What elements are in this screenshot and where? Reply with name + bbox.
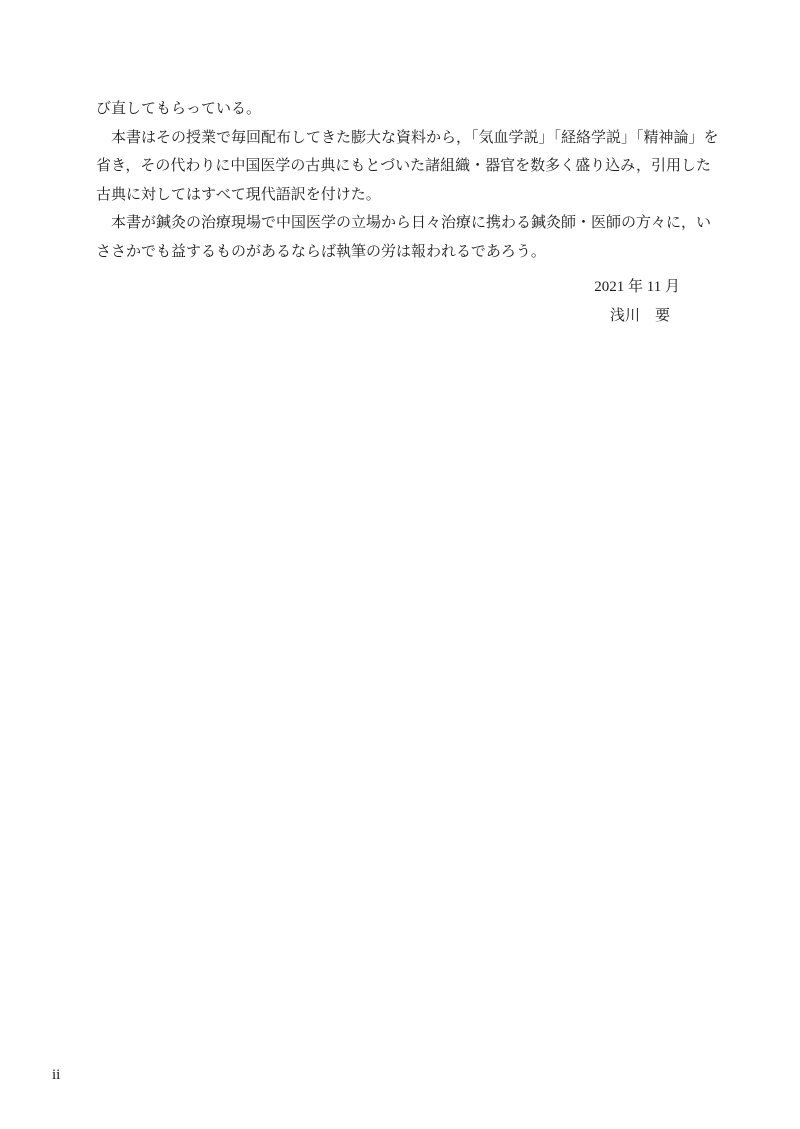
signoff-author: 浅川 要 [96,302,680,331]
page-number: ii [52,1066,60,1084]
body-line: ささかでも益するものがあるならば執筆の労は報われるであろう。 [96,238,712,267]
body-line: 本書が鍼灸の治療現場で中国医学の立場から日々治療に携わる鍼灸師・医師の方々に，い [96,209,712,238]
body-line: 省き，その代わりに中国医学の古典にもとづいた諸組織・器官を数多く盛り込み，引用し… [96,152,712,181]
signoff-block: 2021 年 11 月 浅川 要 [96,273,680,330]
body-line: び直してもらっている。 [96,95,712,124]
body-line: 古典に対してはすべて現代語訳を付けた。 [96,181,712,210]
body-text: び直してもらっている。 本書はその授業で毎回配布してきた膨大な資料から，「気血学… [96,95,712,266]
body-line: 本書はその授業で毎回配布してきた膨大な資料から，「気血学説」「経絡学説」「精神論… [96,124,712,153]
signoff-date: 2021 年 11 月 [96,273,680,302]
book-page: び直してもらっている。 本書はその授業で毎回配布してきた膨大な資料から，「気血学… [0,0,800,1129]
